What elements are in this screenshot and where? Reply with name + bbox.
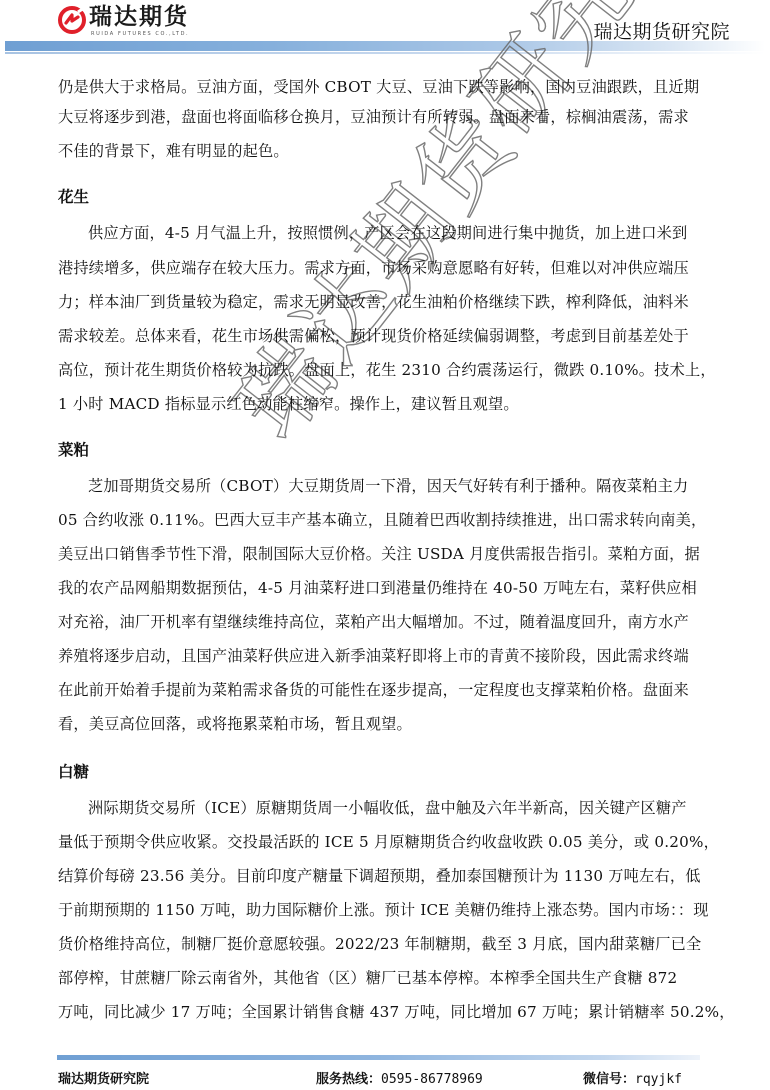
paragraph-line: 养殖将逐步启动，且国产油菜籽供应进入新季油菜籽即将上市的青黄不接阶段，因此需求终… (58, 646, 689, 666)
paragraph-line: 在此前开始着手提前为菜粕需求备货的可能性在逐步提高，一定程度也支撑菜粕价格。盘面… (58, 680, 689, 700)
section-heading-sugar: 白糖 (58, 762, 89, 782)
paragraph-line: 力；样本油厂到货量较为稳定，需求无明显改善，花生油粕价格继续下跌，榨利降低，油料… (58, 292, 689, 312)
paragraph-line: 量低于预期令供应收紧。交投最活跃的 ICE 5 月原糖期货合约收盘收跌 0.05… (58, 832, 719, 852)
ruida-logo-icon (58, 6, 86, 34)
wechat-label: 微信号： (583, 1072, 635, 1087)
wechat-id: rqyjkf (635, 1072, 682, 1087)
paragraph-line: 部停榨，甘蔗糖厂除云南省外，其他省（区）糖厂已基本停榨。本榨季全国共生产食糖 8… (58, 968, 677, 988)
logo-english-text: RUIDA FUTURES CO.,LTD. (91, 31, 189, 37)
section-heading-peanut: 花生 (58, 187, 89, 207)
paragraph-line: 仍是供大于求格局。豆油方面，受国外 CBOT 大豆、豆油下跌等影响，国内豆油跟跌… (58, 77, 699, 97)
footer-org-name: 瑞达期货研究院 (58, 1068, 149, 1087)
paragraph-line: 于前期预期的 1150 万吨，助力国际糖价上涨。预计 ICE 美糖仍维持上涨态势… (58, 900, 709, 920)
hotline-label: 服务热线： (316, 1072, 381, 1087)
header-divider-bar (5, 41, 765, 51)
paragraph-line: 万吨，同比减少 17 万吨；全国累计销售食糖 437 万吨，同比增加 67 万吨… (58, 1002, 735, 1022)
paragraph-line: 高位，预计花生期货价格较为抗跌。盘面上，花生 2310 合约震荡运行，微跌 0.… (58, 360, 716, 380)
page-header: 瑞达期货 RUIDA FUTURES CO.,LTD. 瑞达期货研究院 (0, 0, 770, 60)
section-heading-rapeseed-meal: 菜粕 (58, 440, 89, 460)
paragraph-line: 1 小时 MACD 指标显示红色动能柱缩窄。操作上，建议暂且观望。 (58, 394, 519, 414)
paragraph-line: 港持续增多，供应端存在较大压力。需求方面，市场采购意愿略有好转，但难以对冲供应端… (58, 258, 689, 278)
paragraph-line: 大豆将逐步到港，盘面也将面临移仓换月，豆油预计有所转弱。盘面来看，棕榈油震荡，需… (58, 107, 689, 127)
paragraph-line: 需求较差。总体来看，花生市场供需偏松，预计现货价格延续偏弱调整，考虑到目前基差处… (58, 326, 689, 346)
logo-chinese-text: 瑞达期货 (89, 4, 189, 31)
paragraph-line: 结算价每磅 23.56 美分。目前印度产糖量下调超预期，叠加泰国糖预计为 113… (58, 866, 701, 886)
paragraph-line: 我的农产品网船期数据预估，4-5 月油菜籽进口到港量仍维持在 40-50 万吨左… (58, 578, 697, 598)
paragraph-line: 货价格维持高位，制糖厂挺价意愿较强。2022/23 年制糖期，截至 3 月底，国… (58, 934, 701, 954)
paragraph-line: 不佳的背景下，难有明显的起色。 (58, 141, 289, 161)
paragraph-line: 05 合约收涨 0.11%。巴西大豆丰产基本确立，且随着巴西收割持续推进，出口需… (58, 510, 706, 530)
company-logo: 瑞达期货 RUIDA FUTURES CO.,LTD. (58, 4, 189, 40)
paragraph-line: 对充裕，油厂开机率有望继续维持高位，菜粕产出大幅增加。不过，随着温度回升，南方水… (58, 612, 689, 632)
paragraph-line: 看，美豆高位回落，或将拖累菜粕市场，暂且观望。 (58, 714, 412, 734)
footer-hotline: 服务热线：0595-86778969 (316, 1068, 483, 1087)
footer-divider-bar (57, 1055, 700, 1060)
paragraph-line: 供应方面，4-5 月气温上升，按照惯例，产区会在这段期间进行集中抛货，加上进口米… (88, 223, 687, 243)
paragraph-line: 美豆出口销售季节性下滑，限制国际大豆价格。关注 USDA 月度供需报告指引。菜粕… (58, 544, 700, 564)
paragraph-line: 洲际期货交易所（ICE）原糖期货周一小幅收低，盘中触及六年半新高，因关键产区糖产 (88, 798, 687, 818)
paragraph-line: 芝加哥期货交易所（CBOT）大豆期货周一下滑，因天气好转有利于播种。隔夜菜粕主力 (88, 476, 688, 496)
hotline-number: 0595-86778969 (381, 1072, 483, 1087)
header-title: 瑞达期货研究院 (593, 17, 730, 44)
footer-wechat: 微信号：rqyjkf (583, 1068, 682, 1087)
header-divider-line (5, 52, 765, 54)
